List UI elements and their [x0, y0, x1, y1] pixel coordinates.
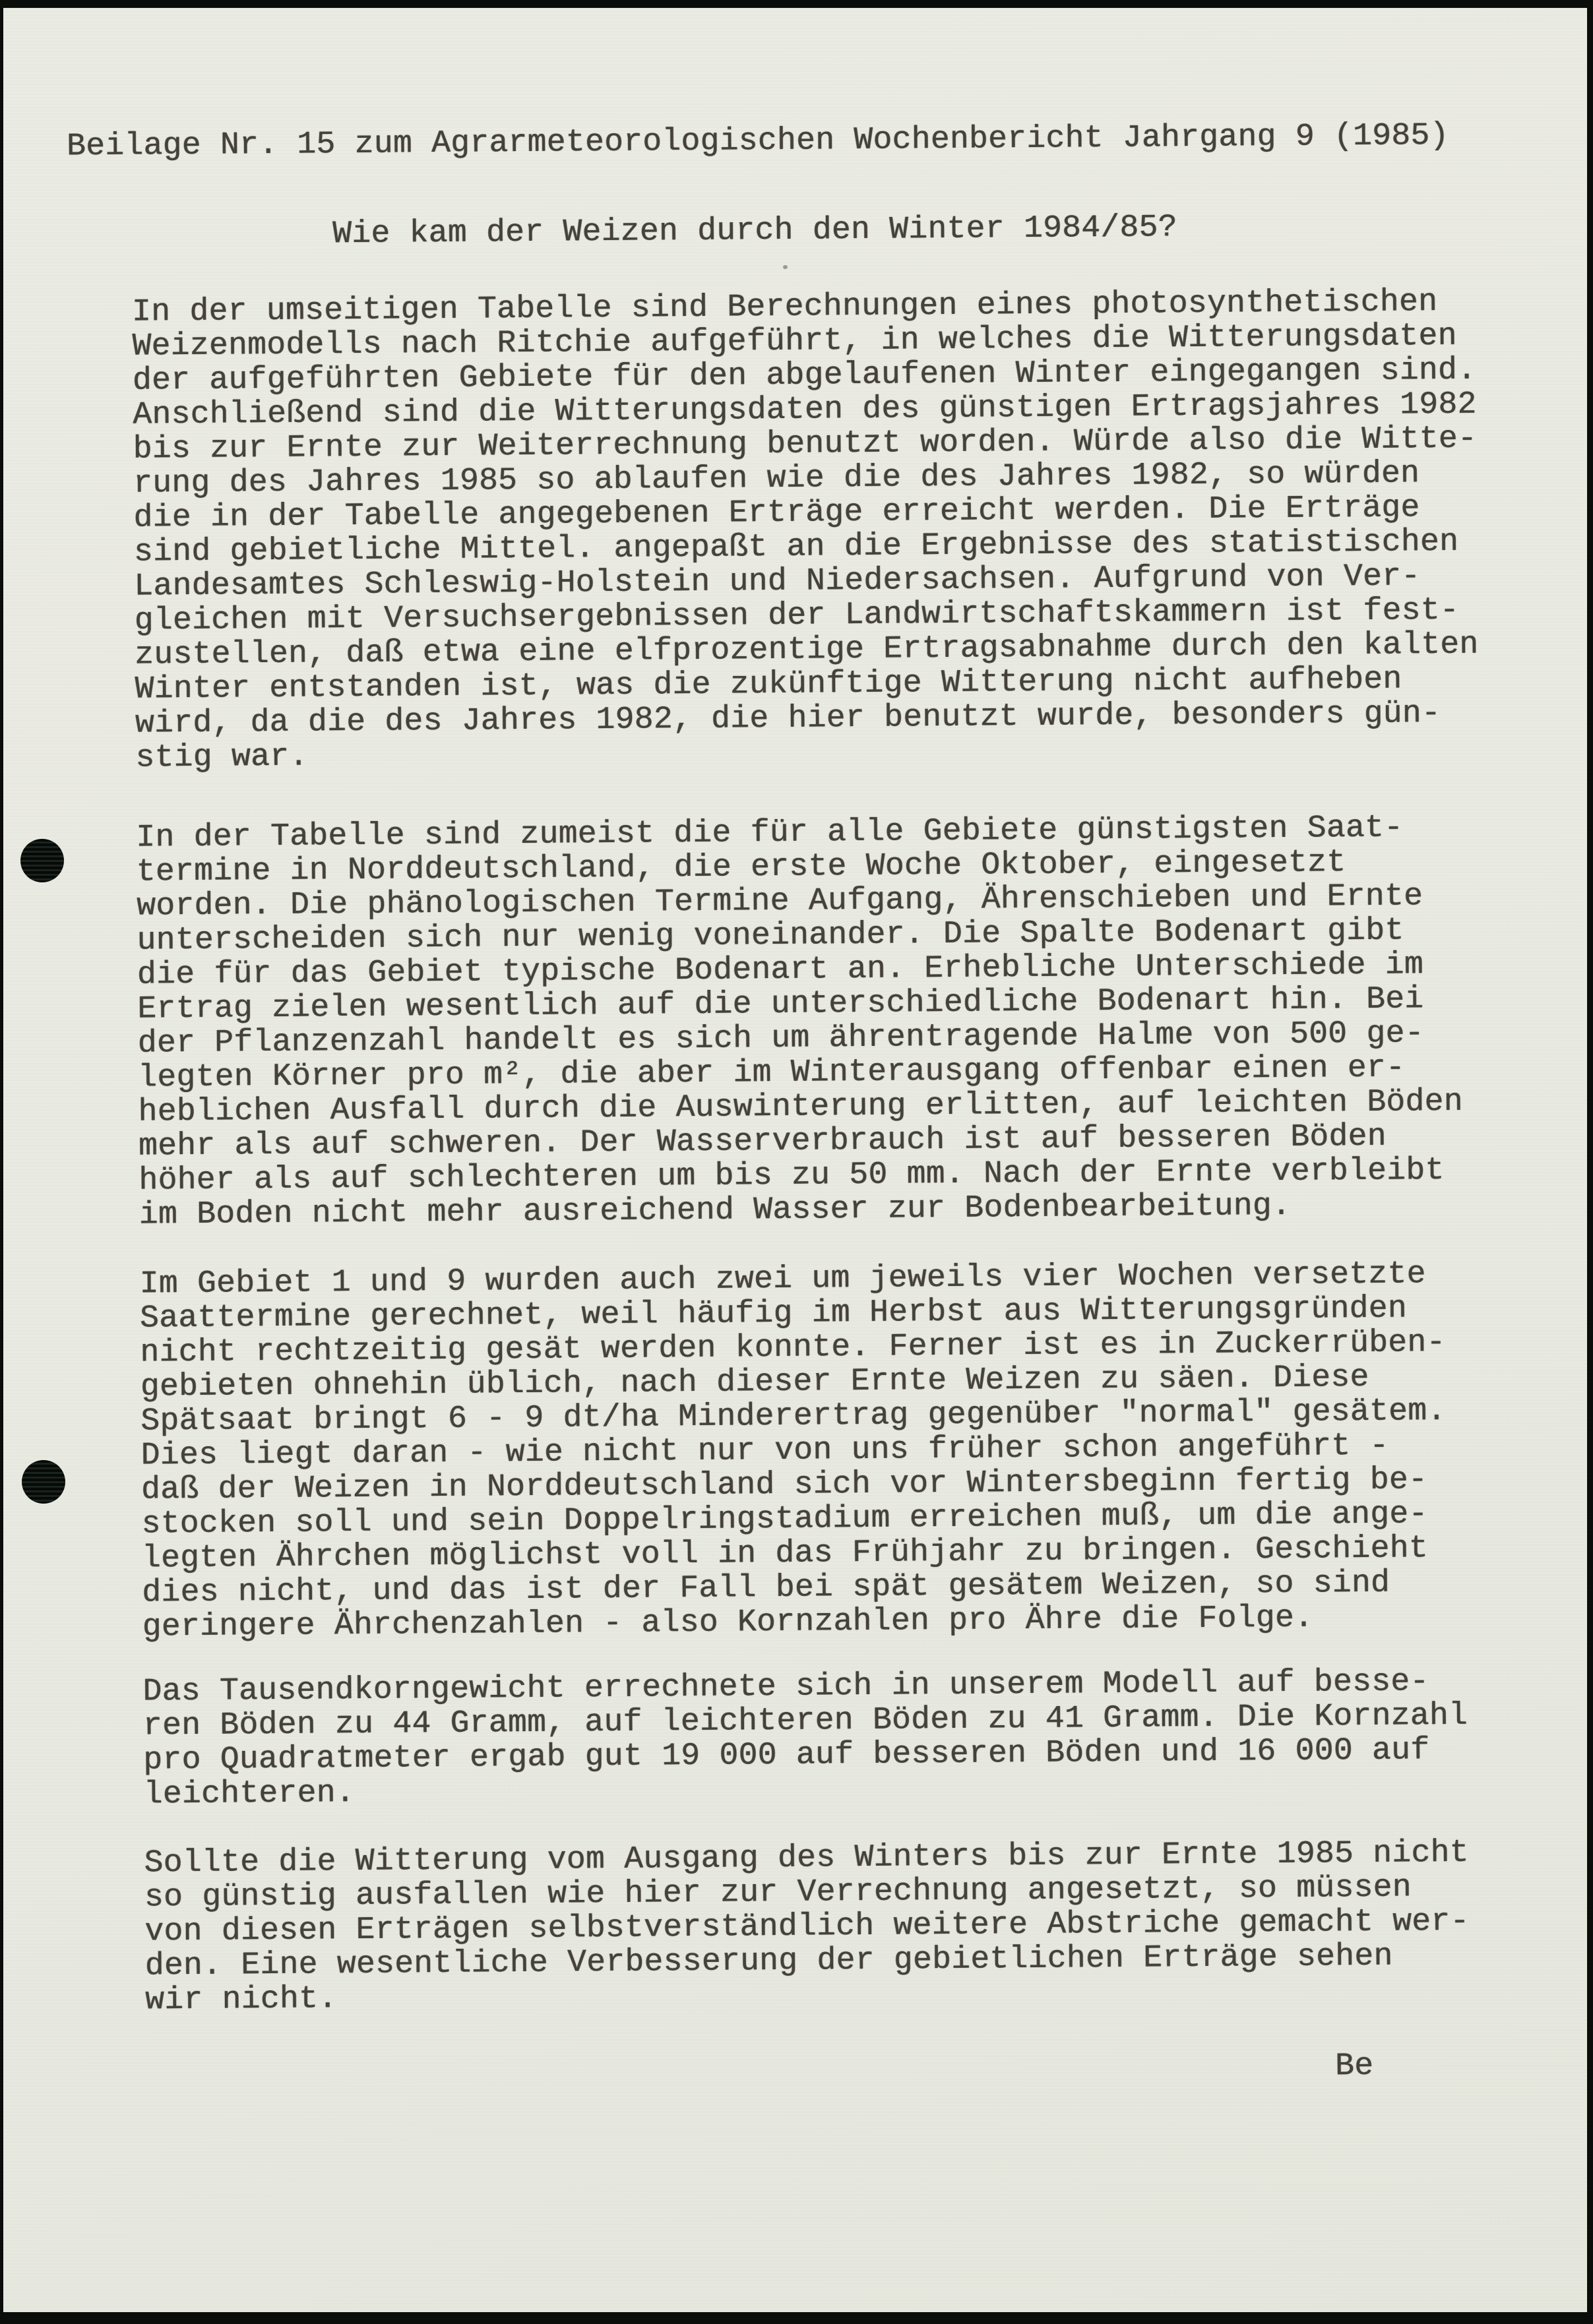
paragraph-kernel-weight: Das Tausendkorngewicht errechnete sich i… — [142, 1665, 1468, 1812]
document-header: Beilage Nr. 15 zum Agrarmeteorologischen… — [67, 119, 1449, 164]
paragraph-outlook: Sollte die Witterung vom Ausgang des Win… — [144, 1836, 1470, 2018]
signature-initials: Be — [1335, 2049, 1374, 2083]
document-title: Wie kam der Weizen durch den Winter 1984… — [332, 210, 1177, 251]
page-content: Beilage Nr. 15 zum Agrarmeteorologischen… — [0, 0, 1593, 2324]
paragraph-intro-model: In der umseitigen Tabelle sind Berechnun… — [132, 285, 1480, 776]
scanned-document: Beilage Nr. 15 zum Agrarmeteorologischen… — [0, 0, 1593, 2324]
paragraph-late-sowing: Im Gebiet 1 und 9 wurden auch zwei um je… — [140, 1257, 1449, 1645]
paragraph-table-explanation: In der Tabelle sind zumeist die für alle… — [136, 810, 1464, 1233]
